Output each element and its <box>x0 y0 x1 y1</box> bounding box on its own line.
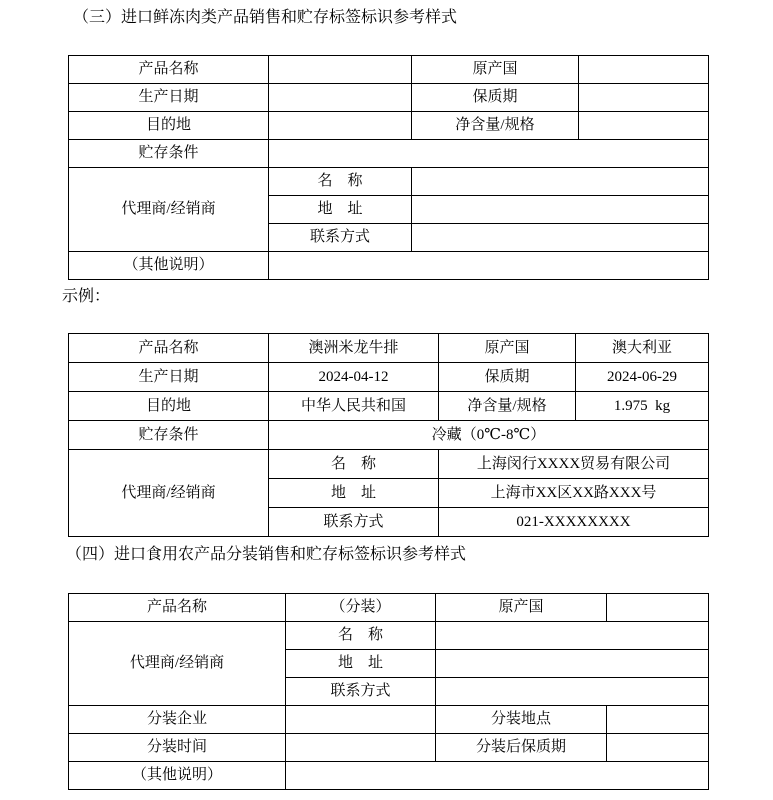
t1-agent-label: 代理商/经销商 <box>69 168 269 252</box>
t2-agent-name-value: 上海闵行XXXX贸易有限公司 <box>439 450 709 479</box>
t2-product-name-value: 澳洲米龙牛排 <box>269 334 439 363</box>
document-page: （三）进口鲜冻肉类产品销售和贮存标签标识参考样式 产品名称 原产国 生产日期 保… <box>0 0 773 800</box>
t1-storage-label: 贮存条件 <box>69 140 269 168</box>
t3-agent-name-value <box>436 622 709 650</box>
table-row: 分装时间 分装后保质期 <box>69 734 709 762</box>
t3-repack-time-label: 分装时间 <box>69 734 286 762</box>
table-row: （其他说明） <box>69 252 709 280</box>
t3-repack-shelf-life-value <box>607 734 709 762</box>
t3-agent-contact-value <box>436 678 709 706</box>
table-row: 产品名称 （分装） 原产国 <box>69 594 709 622</box>
t2-destination-label: 目的地 <box>69 392 269 421</box>
table-row: 目的地 中华人民共和国 净含量/规格 1.975 kg <box>69 392 709 421</box>
t2-agent-name-label: 名 称 <box>269 450 439 479</box>
t2-destination-value: 中华人民共和国 <box>269 392 439 421</box>
t1-destination-value <box>269 112 412 140</box>
t1-agent-address-label: 地 址 <box>269 196 412 224</box>
t3-repack-place-value <box>607 706 709 734</box>
t2-net-content-label: 净含量/规格 <box>439 392 576 421</box>
table-row: 产品名称 原产国 <box>69 56 709 84</box>
t1-net-content-label: 净含量/规格 <box>412 112 579 140</box>
t2-agent-label: 代理商/经销商 <box>69 450 269 537</box>
t3-origin-country-value <box>607 594 709 622</box>
t1-destination-label: 目的地 <box>69 112 269 140</box>
t1-origin-country-label: 原产国 <box>412 56 579 84</box>
table-row: 贮存条件 冷藏（0℃-8℃） <box>69 421 709 450</box>
table-row: 贮存条件 <box>69 140 709 168</box>
t3-agent-address-label: 地 址 <box>286 650 436 678</box>
t1-production-date-value <box>269 84 412 112</box>
t3-agent-label: 代理商/经销商 <box>69 622 286 706</box>
section4-heading: （四）进口食用农产品分装销售和贮存标签标识参考样式 <box>66 545 466 565</box>
t1-net-content-value <box>579 112 709 140</box>
t2-origin-country-value: 澳大利亚 <box>576 334 709 363</box>
table-row: （其他说明） <box>69 762 709 790</box>
t3-repack-company-label: 分装企业 <box>69 706 286 734</box>
t2-shelf-life-value: 2024-06-29 <box>576 363 709 392</box>
t2-agent-contact-value: 021-XXXXXXXX <box>439 508 709 537</box>
t3-agent-contact-label: 联系方式 <box>286 678 436 706</box>
repack-label-table: 产品名称 （分装） 原产国 代理商/经销商 名 称 地 址 联系方式 分装企业 <box>68 593 709 790</box>
t1-shelf-life-label: 保质期 <box>412 84 579 112</box>
example-meat-label-table: 产品名称 澳洲米龙牛排 原产国 澳大利亚 生产日期 2024-04-12 保质期… <box>68 333 709 537</box>
t2-production-date-value: 2024-04-12 <box>269 363 439 392</box>
t2-agent-address-label: 地 址 <box>269 479 439 508</box>
table-row: 产品名称 澳洲米龙牛排 原产国 澳大利亚 <box>69 334 709 363</box>
t1-agent-address-value <box>412 196 709 224</box>
section3-heading: （三）进口鲜冻肉类产品销售和贮存标签标识参考样式 <box>73 8 457 28</box>
t1-product-name-label: 产品名称 <box>69 56 269 84</box>
t2-product-name-label: 产品名称 <box>69 334 269 363</box>
t3-agent-name-label: 名 称 <box>286 622 436 650</box>
t3-origin-country-label: 原产国 <box>436 594 607 622</box>
table-row: 代理商/经销商 名 称 上海闵行XXXX贸易有限公司 <box>69 450 709 479</box>
t1-agent-contact-label: 联系方式 <box>269 224 412 252</box>
t2-storage-label: 贮存条件 <box>69 421 269 450</box>
t3-repack-mark-cell: （分装） <box>286 594 436 622</box>
table-row: 代理商/经销商 名 称 <box>69 168 709 196</box>
t3-repack-company-value <box>286 706 436 734</box>
table-row: 分装企业 分装地点 <box>69 706 709 734</box>
table-row: 目的地 净含量/规格 <box>69 112 709 140</box>
t1-agent-name-value <box>412 168 709 196</box>
t1-other-notes-label: （其他说明） <box>69 252 269 280</box>
t2-net-content-value: 1.975 kg <box>576 392 709 421</box>
example-label: 示例： <box>62 287 110 307</box>
t1-product-name-value <box>269 56 412 84</box>
blank-meat-label-table: 产品名称 原产国 生产日期 保质期 目的地 净含量/规格 贮存条件 <box>68 55 709 280</box>
t2-shelf-life-label: 保质期 <box>439 363 576 392</box>
table-row: 生产日期 2024-04-12 保质期 2024-06-29 <box>69 363 709 392</box>
table-row: 代理商/经销商 名 称 <box>69 622 709 650</box>
t1-agent-contact-value <box>412 224 709 252</box>
t3-product-name-label: 产品名称 <box>69 594 286 622</box>
t3-other-notes-value <box>286 762 709 790</box>
t2-production-date-label: 生产日期 <box>69 363 269 392</box>
table-row: 生产日期 保质期 <box>69 84 709 112</box>
t3-repack-time-value <box>286 734 436 762</box>
t2-origin-country-label: 原产国 <box>439 334 576 363</box>
t1-agent-name-label: 名 称 <box>269 168 412 196</box>
t3-repack-place-label: 分装地点 <box>436 706 607 734</box>
t2-agent-address-value: 上海市XX区XX路XXX号 <box>439 479 709 508</box>
t1-production-date-label: 生产日期 <box>69 84 269 112</box>
t3-agent-address-value <box>436 650 709 678</box>
t2-agent-contact-label: 联系方式 <box>269 508 439 537</box>
t3-repack-shelf-life-label: 分装后保质期 <box>436 734 607 762</box>
t1-origin-country-value <box>579 56 709 84</box>
t1-storage-value <box>269 140 709 168</box>
t2-storage-value: 冷藏（0℃-8℃） <box>269 421 709 450</box>
t3-other-notes-label: （其他说明） <box>69 762 286 790</box>
t1-other-notes-value <box>269 252 709 280</box>
t1-shelf-life-value <box>579 84 709 112</box>
